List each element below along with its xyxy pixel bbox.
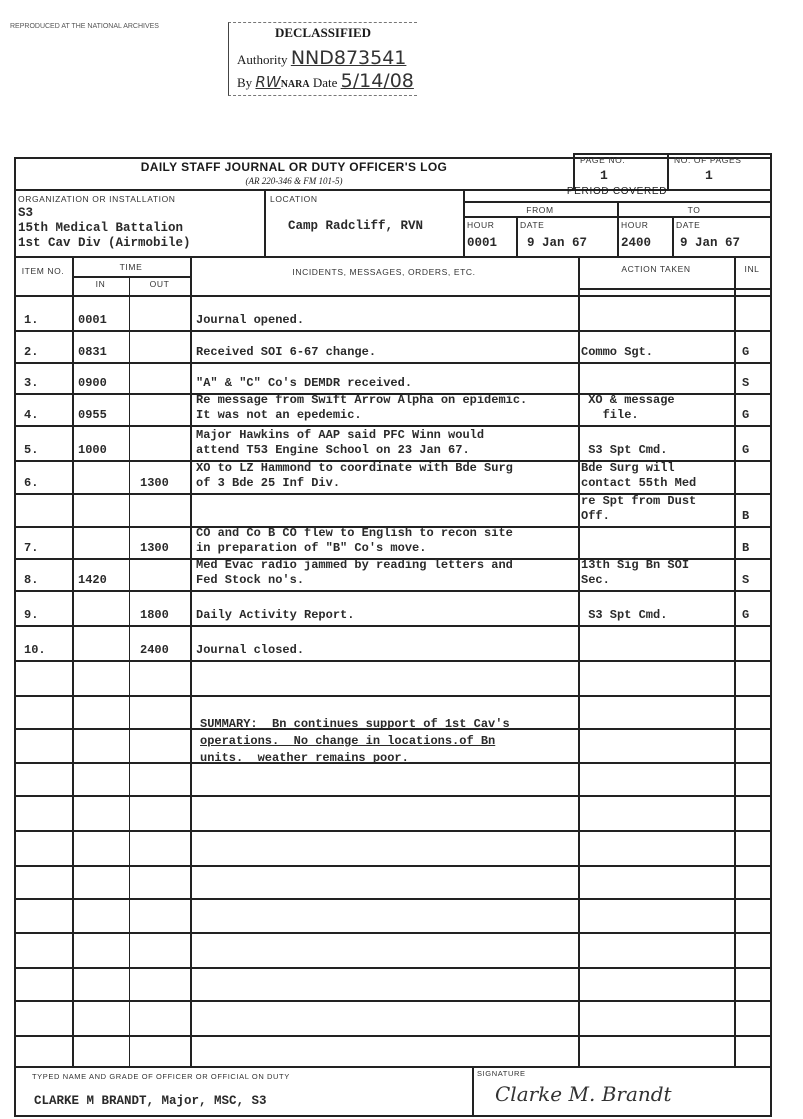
archive-note: REPRODUCED AT THE NATIONAL ARCHIVES	[10, 23, 159, 30]
from-hour-value: 0001	[467, 236, 497, 250]
header-inl: INL	[734, 264, 770, 274]
item-number: 9.	[24, 608, 38, 623]
organization-line: 15th Medical Battalion	[18, 221, 191, 236]
organization-value: S3 15th Medical Battalion 1st Cav Div (A…	[18, 206, 191, 251]
summary-text: SUMMARY: Bn continues support of 1st Cav…	[200, 716, 510, 767]
action-taken: XO & message file.	[581, 393, 675, 423]
action-taken: S3 Spt Cmd.	[581, 443, 667, 458]
item-number: 3.	[24, 376, 38, 391]
header-in: IN	[72, 279, 129, 289]
header-incidents: INCIDENTS, MESSAGES, ORDERS, ETC.	[190, 267, 578, 277]
from-label: FROM	[463, 205, 617, 215]
initials: G	[742, 345, 749, 360]
page-no-label: PAGE NO.	[580, 155, 625, 165]
item-number: 5.	[24, 443, 38, 458]
incident-text: CO and Co B CO flew to English to recon …	[196, 526, 513, 556]
signature: Clarke M. Brandt	[495, 1082, 672, 1106]
item-number: 10.	[24, 643, 46, 658]
organization-line: 1st Cav Div (Airmobile)	[18, 236, 191, 251]
from-hour-label: HOUR	[467, 220, 494, 230]
incident-text: Major Hawkins of AAP said PFC Winn would…	[196, 428, 484, 458]
header-out: OUT	[129, 279, 190, 289]
location-label: LOCATION	[270, 194, 318, 204]
initials: G	[742, 443, 749, 458]
time-in: 0900	[78, 376, 107, 391]
action-taken: S3 Spt Cmd.	[581, 608, 667, 623]
item-number: 1.	[24, 313, 38, 328]
initials: S	[742, 376, 749, 391]
declassified-stamp: DECLASSIFIED Authority NND873541 By RWNA…	[228, 22, 417, 96]
to-label: TO	[617, 205, 771, 215]
stamp-by-label: By	[237, 75, 252, 90]
stamp-by-initials: RW	[255, 73, 280, 91]
time-in: 0955	[78, 408, 107, 423]
item-number: 6.	[24, 476, 38, 491]
no-of-pages-label: NO. OF PAGES	[674, 155, 742, 165]
to-hour-value: 2400	[621, 236, 651, 250]
time-in: 0001	[78, 313, 107, 328]
no-of-pages-value: 1	[705, 168, 713, 183]
stamp-title: DECLASSIFIED	[229, 25, 417, 41]
form-title: DAILY STAFF JOURNAL OR DUTY OFFICER'S LO…	[14, 160, 574, 174]
incident-text: Med Evac radio jammed by reading letters…	[196, 558, 513, 588]
action-taken: 13th Sig Bn SOI Sec.	[581, 558, 689, 588]
header-action-taken: ACTION TAKEN	[578, 264, 734, 274]
action-taken: re Spt from Dust Off.	[581, 494, 696, 524]
initials: G	[742, 608, 749, 623]
to-date-value: 9 Jan 67	[680, 236, 740, 250]
signature-label: SIGNATURE	[477, 1069, 526, 1078]
location-value: Camp Radcliff, RVN	[288, 219, 423, 233]
item-number: 2.	[24, 345, 38, 360]
incident-text: Journal opened.	[196, 313, 304, 328]
action-taken: Commo Sgt.	[581, 345, 653, 360]
initials: B	[742, 509, 749, 524]
from-date-value: 9 Jan 67	[527, 236, 587, 250]
header-item-no: ITEM NO.	[14, 265, 72, 277]
time-out: 1300	[140, 476, 169, 491]
incident-text: Re message from Swift Arrow Alpha on epi…	[196, 393, 527, 423]
page-no-value: 1	[600, 168, 608, 183]
organization-label: ORGANIZATION OR INSTALLATION	[18, 194, 176, 204]
stamp-date-value: 5/14/08	[341, 70, 414, 92]
time-in: 1000	[78, 443, 107, 458]
incident-text: XO to LZ Hammond to coordinate with Bde …	[196, 461, 513, 491]
stamp-nara-label: NARA	[281, 79, 310, 90]
to-date-label: DATE	[676, 220, 700, 230]
typed-name-value: CLARKE M BRANDT, Major, MSC, S3	[34, 1094, 267, 1108]
initials: S	[742, 573, 749, 588]
item-number: 8.	[24, 573, 38, 588]
stamp-authority-label: Authority	[237, 52, 288, 67]
to-hour-label: HOUR	[621, 220, 648, 230]
header-time: TIME	[72, 262, 190, 272]
time-out: 1800	[140, 608, 169, 623]
initials: G	[742, 408, 749, 423]
form-subtitle: (AR 220-346 & FM 101-5)	[14, 176, 574, 186]
from-date-label: DATE	[520, 220, 544, 230]
incident-text: Daily Activity Report.	[196, 608, 354, 623]
item-number: 4.	[24, 408, 38, 423]
time-out: 2400	[140, 643, 169, 658]
incident-text: "A" & "C" Co's DEMDR received.	[196, 376, 412, 391]
time-in: 0831	[78, 345, 107, 360]
time-in: 1420	[78, 573, 107, 588]
time-out: 1300	[140, 541, 169, 556]
organization-line: S3	[18, 206, 191, 221]
typed-name-label: TYPED NAME AND GRADE OF OFFICER OR OFFIC…	[32, 1072, 290, 1081]
period-covered-label: PERIOD COVERED	[463, 186, 771, 197]
stamp-date-label: Date	[313, 75, 338, 90]
incident-text: Received SOI 6-67 change.	[196, 345, 376, 360]
initials: B	[742, 541, 749, 556]
incident-text: Journal closed.	[196, 643, 304, 658]
item-number: 7.	[24, 541, 38, 556]
action-taken: Bde Surg will contact 55th Med	[581, 461, 696, 491]
stamp-authority-value: NND873541	[291, 47, 407, 69]
